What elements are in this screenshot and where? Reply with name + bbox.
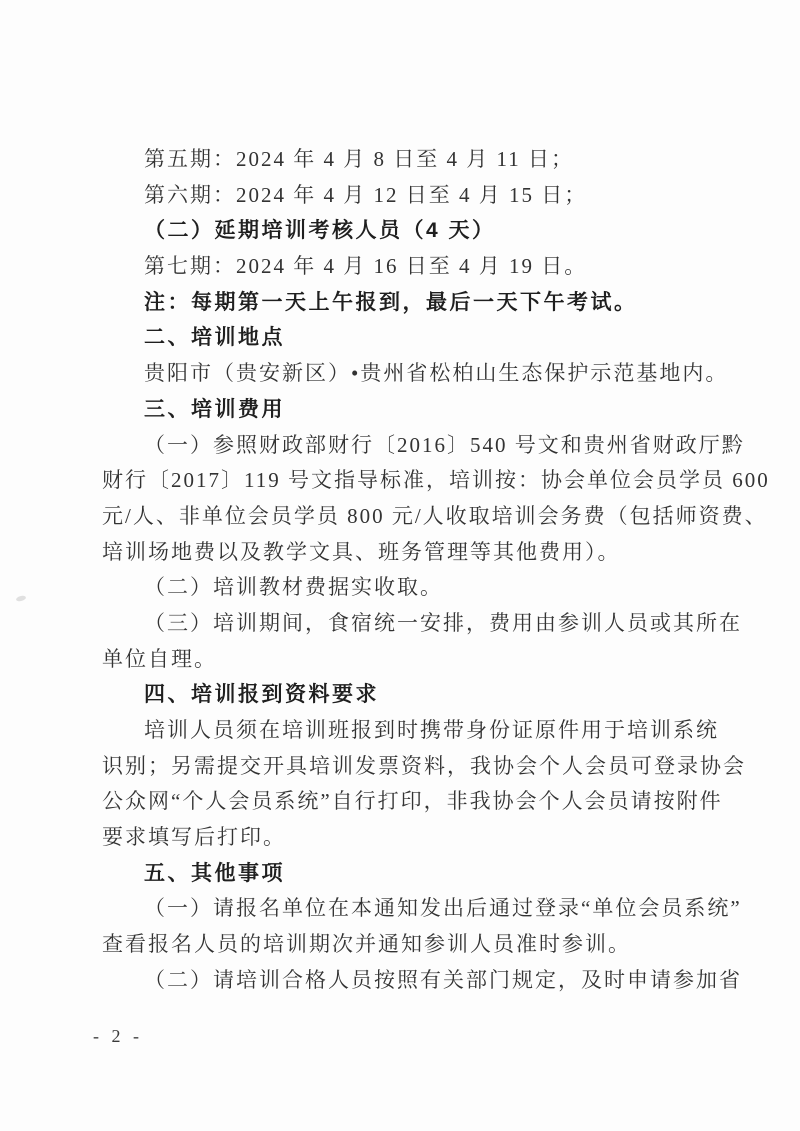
text-line: 贵阳市（贵安新区）•贵州省松柏山生态保护示范基地内。 bbox=[102, 356, 714, 392]
text-line: （三）培训期间，食宿统一安排，费用由参训人员或其所在 bbox=[102, 606, 714, 642]
heading-line: 三、培训费用 bbox=[102, 392, 714, 428]
text-line: 识别；另需提交开具培训发票资料，我协会个人会员可登录协会 bbox=[102, 749, 714, 785]
heading-line: 四、培训报到资料要求 bbox=[102, 677, 714, 713]
document-page: 第五期：2024 年 4 月 8 日至 4 月 11 日；第六期：2024 年 … bbox=[0, 0, 800, 1131]
text-line: 第六期：2024 年 4 月 12 日至 4 月 15 日； bbox=[102, 178, 714, 214]
heading-line: 二、培训地点 bbox=[102, 320, 714, 356]
text-line: （一）请报名单位在本通知发出后通过登录“单位会员系统” bbox=[102, 891, 714, 927]
heading-line: （二）延期培训考核人员（4 天） bbox=[102, 213, 714, 249]
heading-line: 注：每期第一天上午报到，最后一天下午考试。 bbox=[102, 285, 714, 321]
text-line: 查看报名人员的培训期次并通知参训人员准时参训。 bbox=[102, 927, 714, 963]
text-line: （二）请培训合格人员按照有关部门规定，及时申请参加省 bbox=[102, 963, 714, 999]
text-line: 单位自理。 bbox=[102, 642, 714, 678]
page-number: - 2 - bbox=[93, 1026, 143, 1047]
text-line: （一）参照财政部财行〔2016〕540 号文和贵州省财政厅黔 bbox=[102, 428, 714, 464]
text-line: 第五期：2024 年 4 月 8 日至 4 月 11 日； bbox=[102, 142, 714, 178]
scan-artifact bbox=[16, 595, 27, 602]
text-line: 培训场地费以及教学文具、班务管理等其他费用）。 bbox=[102, 535, 714, 571]
text-line: 要求填写后打印。 bbox=[102, 820, 714, 856]
document-body: 第五期：2024 年 4 月 8 日至 4 月 11 日；第六期：2024 年 … bbox=[102, 142, 714, 999]
text-line: 元/人、非单位会员学员 800 元/人收取培训会务费（包括师资费、 bbox=[102, 499, 714, 535]
heading-line: 五、其他事项 bbox=[102, 856, 714, 892]
text-line: 公众网“个人会员系统”自行打印，非我协会个人会员请按附件 bbox=[102, 784, 714, 820]
text-line: （二）培训教材费据实收取。 bbox=[102, 570, 714, 606]
text-line: 培训人员须在培训班报到时携带身份证原件用于培训系统 bbox=[102, 713, 714, 749]
text-line: 第七期：2024 年 4 月 16 日至 4 月 19 日。 bbox=[102, 249, 714, 285]
text-line: 财行〔2017〕119 号文指导标准，培训按：协会单位会员学员 600 bbox=[102, 463, 714, 499]
